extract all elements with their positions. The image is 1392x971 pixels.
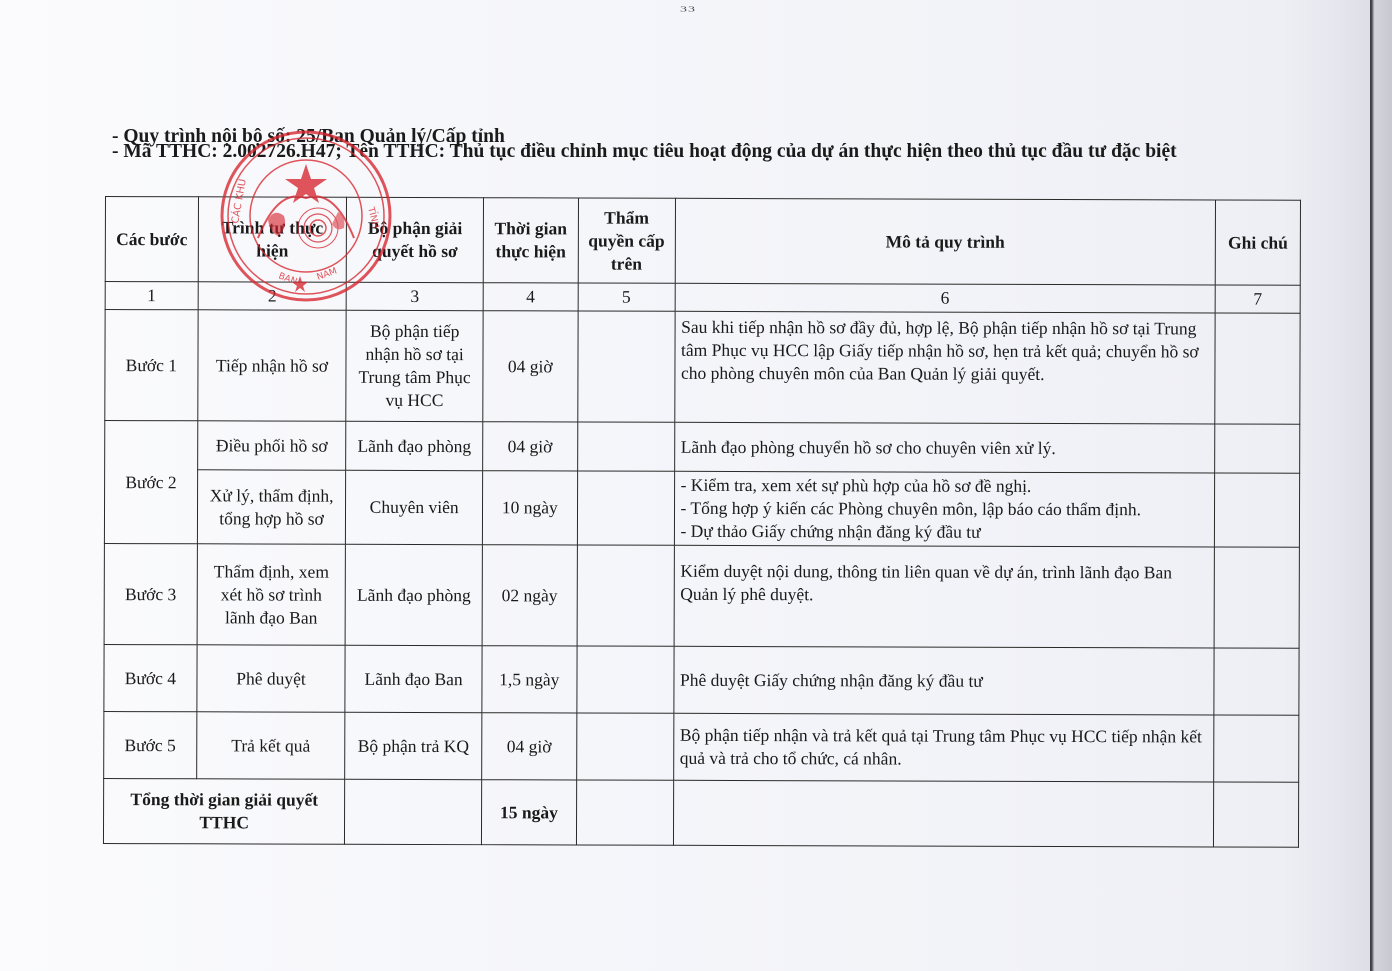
table-header-row: Các bước Trình tự thực hiện Bộ phận giải… bbox=[105, 197, 1300, 286]
procedure-table: Các bước Trình tự thực hiện Bộ phận giải… bbox=[103, 196, 1301, 848]
description-bullet: - Kiểm tra, xem xét sự phù hợp của hồ sơ… bbox=[681, 474, 1209, 499]
total-empty-description bbox=[673, 780, 1214, 847]
total-empty-department bbox=[345, 779, 482, 844]
column-number: 3 bbox=[346, 282, 483, 310]
description-bullet: - Tổng hợp ý kiến các Phòng chuyên môn, … bbox=[681, 497, 1209, 522]
header-department: Bộ phận giải quyết hồ sơ bbox=[347, 197, 484, 282]
header-description: Mô tả quy trình bbox=[675, 198, 1216, 285]
header-steps: Các bước bbox=[105, 197, 198, 282]
step-sequence: Thẩm định, xem xét hồ sơ trình lãnh đạo … bbox=[197, 544, 346, 645]
table-row: Bước 5 Trả kết quả Bộ phận trả KQ 04 giờ… bbox=[104, 711, 1299, 782]
column-number: 6 bbox=[675, 283, 1216, 313]
step-authority bbox=[577, 646, 674, 713]
step-description: Lãnh đạo phòng chuyển hồ sơ cho chuyên v… bbox=[674, 422, 1215, 473]
header-authority: Thẩm quyền cấp trên bbox=[578, 198, 675, 283]
step-label: Bước 1 bbox=[105, 310, 198, 421]
step-description: Kiểm duyệt nội dung, thông tin liên quan… bbox=[674, 545, 1215, 648]
column-number: 2 bbox=[198, 282, 347, 310]
column-number-row: 1 2 3 4 5 6 7 bbox=[105, 282, 1300, 314]
step-duration: 04 giờ bbox=[482, 713, 577, 780]
step-department: Bộ phận tiếp nhận hồ sơ tại Trung tâm Ph… bbox=[346, 310, 483, 421]
step-label: Bước 5 bbox=[104, 711, 197, 778]
page-edge-shadow bbox=[1370, 0, 1392, 971]
table-row: Bước 1 Tiếp nhận hồ sơ Bộ phận tiếp nhận… bbox=[105, 310, 1300, 425]
step-note bbox=[1215, 473, 1300, 547]
step-duration: 04 giờ bbox=[483, 311, 578, 422]
column-number: 1 bbox=[105, 282, 198, 310]
step-authority bbox=[577, 545, 674, 646]
column-number: 4 bbox=[483, 283, 578, 311]
header-duration: Thời gian thực hiện bbox=[483, 198, 578, 283]
step-sequence: Phê duyệt bbox=[197, 645, 346, 712]
step-label: Bước 2 bbox=[104, 421, 197, 544]
step-sequence: Tiếp nhận hồ sơ bbox=[198, 310, 347, 421]
procedure-code-and-name: - Mã TTHC: 2.002726.H47; Tên TTHC: Thủ t… bbox=[112, 141, 1177, 163]
step-department: Chuyên viên bbox=[346, 470, 483, 544]
description-bullet: - Dự thảo Giấy chứng nhận đăng ký đầu tư bbox=[680, 520, 1208, 545]
step-sequence: Điều phối hồ sơ bbox=[197, 421, 346, 470]
column-number: 5 bbox=[578, 283, 675, 311]
column-number: 7 bbox=[1215, 285, 1300, 313]
step-duration: 02 ngày bbox=[482, 545, 577, 646]
step-description: Phê duyệt Giấy chứng nhận đăng ký đầu tư bbox=[673, 646, 1214, 715]
step-sequence: Trả kết quả bbox=[196, 712, 345, 779]
step-description: - Kiểm tra, xem xét sự phù hợp của hồ sơ… bbox=[674, 471, 1215, 547]
total-label: Tổng thời gian giải quyết TTHC bbox=[103, 778, 345, 844]
step-authority bbox=[576, 713, 673, 780]
step-description: Bộ phận tiếp nhận và trả kết quả tại Tru… bbox=[673, 713, 1214, 782]
header-note: Ghi chú bbox=[1215, 200, 1300, 285]
total-row: Tổng thời gian giải quyết TTHC 15 ngày bbox=[103, 778, 1298, 847]
table-row: Bước 3 Thẩm định, xem xét hồ sơ trình lã… bbox=[104, 543, 1299, 648]
step-label: Bước 4 bbox=[104, 644, 197, 711]
step-description: Sau khi tiếp nhận hồ sơ đầy đủ, hợp lệ, … bbox=[674, 311, 1215, 424]
step-duration: 10 ngày bbox=[482, 471, 577, 545]
step-department: Lãnh đạo phòng bbox=[345, 544, 482, 645]
table-row: Bước 2 Điều phối hồ sơ Lãnh đạo phòng 04… bbox=[105, 421, 1300, 474]
step-duration: 04 giờ bbox=[483, 422, 578, 471]
total-empty-authority bbox=[576, 780, 673, 845]
step-label: Bước 3 bbox=[104, 543, 197, 644]
step-department: Bộ phận trả KQ bbox=[345, 712, 482, 779]
total-duration: 15 ngày bbox=[481, 780, 576, 845]
total-empty-note bbox=[1214, 782, 1299, 847]
page-number: 33 bbox=[680, 6, 696, 14]
step-authority bbox=[577, 471, 674, 545]
step-department: Lãnh đạo Ban bbox=[345, 645, 482, 712]
step-authority bbox=[578, 311, 675, 422]
step-authority bbox=[577, 422, 674, 471]
table-row: Xử lý, thẩm định, tổng hợp hồ sơ Chuyên … bbox=[104, 470, 1299, 548]
table-row: Bước 4 Phê duyệt Lãnh đạo Ban 1,5 ngày P… bbox=[104, 644, 1299, 715]
step-department: Lãnh đạo phòng bbox=[346, 421, 483, 470]
step-duration: 1,5 ngày bbox=[482, 646, 577, 713]
step-note bbox=[1214, 547, 1299, 648]
step-note bbox=[1215, 424, 1300, 473]
step-note bbox=[1214, 648, 1299, 715]
step-note bbox=[1215, 313, 1300, 424]
step-sequence: Xử lý, thẩm định, tổng hợp hồ sơ bbox=[197, 470, 346, 544]
step-note bbox=[1214, 715, 1299, 782]
header-sequence: Trình tự thực hiện bbox=[198, 197, 347, 282]
